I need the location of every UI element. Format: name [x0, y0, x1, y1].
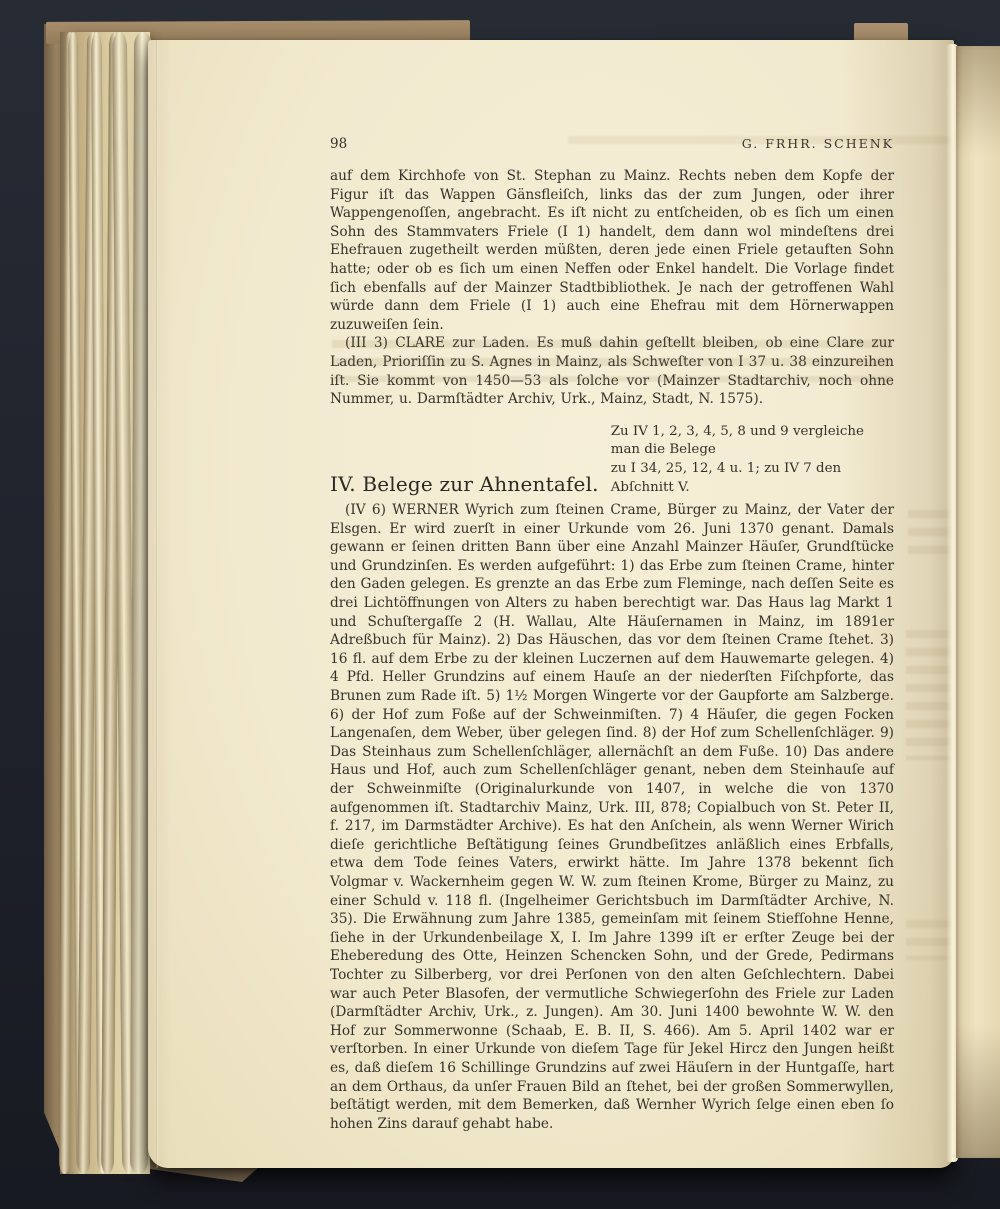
- paragraph-werner-wyrich: (IV 6) WERNER Wyrich zum ſteinen Crame, …: [330, 501, 894, 1133]
- book-page: 98 G. FRHR. SCHENK auf dem Kirchhofe von…: [148, 40, 954, 1168]
- page-edge-stack: [60, 32, 150, 1174]
- note-line-2: zu I 34, 25, 12, 4 u. 1; zu IV 7 den Abſ…: [611, 460, 894, 497]
- page-header: 98 G. FRHR. SCHENK: [330, 136, 894, 154]
- section-cross-reference-note: Zu IV 1, 2, 3, 4, 5, 8 und 9 vergleiche …: [611, 423, 894, 497]
- scanned-book-photo: { "colors": { "background": "#20242d", "…: [0, 0, 1000, 1209]
- section-heading: IV. Belege zur Ahnentafel.: [330, 472, 599, 497]
- paragraph-clare-zur-laden: (III 3) CLARE zur Laden. Es muß dahin ge…: [330, 334, 894, 408]
- section-heading-row: IV. Belege zur Ahnentafel. Zu IV 1, 2, 3…: [330, 423, 894, 497]
- note-line-1: Zu IV 1, 2, 3, 4, 5, 8 und 9 vergleiche …: [611, 423, 894, 460]
- paragraph-wappen-continuation: auf dem Kirchhofe von St. Stephan zu Mai…: [330, 167, 894, 334]
- printed-text-block: 98 G. FRHR. SCHENK auf dem Kirchhofe von…: [330, 136, 894, 1133]
- running-header: G. FRHR. SCHENK: [742, 136, 894, 151]
- facing-page-sliver: [956, 46, 1000, 1158]
- page-number: 98: [330, 136, 347, 152]
